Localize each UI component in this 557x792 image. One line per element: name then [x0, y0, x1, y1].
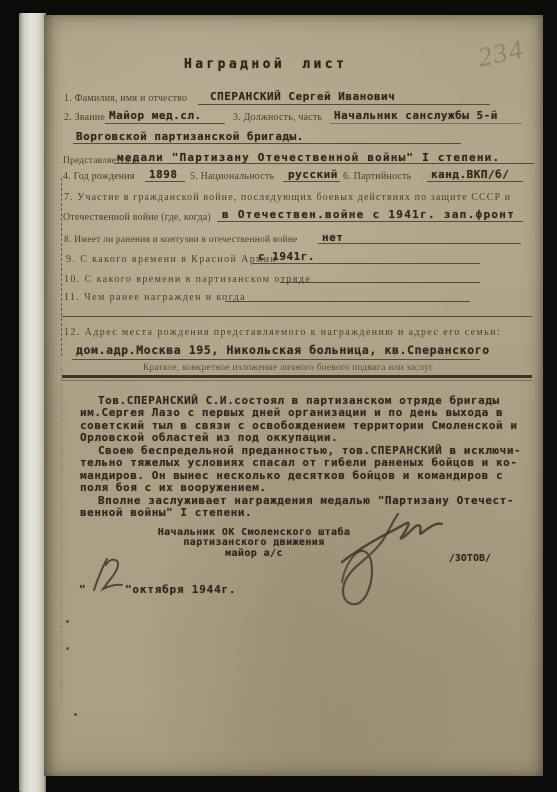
field-war-participation-label-2: Отечественной войне (где, когда)	[63, 212, 211, 223]
date-text: "октября 1944г.	[125, 583, 236, 596]
signature-autograph	[312, 500, 452, 612]
margin-line	[61, 178, 62, 356]
document-title: Наградной лист	[184, 57, 347, 72]
field-birthyear-value: 1898	[149, 168, 178, 181]
underline	[73, 143, 461, 144]
field-surname-label: 1. Фамилия, имя и отчество	[64, 93, 187, 104]
underline	[330, 123, 522, 124]
field-rank-value: Майор мед.сл.	[109, 109, 202, 122]
field-position-label: 3. Должность, часть	[233, 112, 322, 123]
signer-surname: /ЗОТОВ/	[449, 553, 491, 564]
handwritten-day	[88, 556, 126, 598]
underline	[318, 243, 521, 244]
field-address-value: дом.адр.Москва 195, Никольская больница,…	[76, 343, 490, 357]
field-prior-awards-label: 11. Чем ранее награжден и когда	[64, 292, 246, 303]
page-stack-edge	[19, 13, 46, 792]
scanned-award-sheet: 234 Наградной лист 1. Фамилия, имя и отч…	[0, 0, 557, 792]
underline	[252, 263, 480, 264]
underline	[217, 221, 523, 222]
field-nationality-value: русский	[288, 168, 338, 181]
citation-line: Орловской областей из под оккупации.	[80, 432, 538, 444]
field-position-value-1: Начальник санслужбы 5-й	[334, 109, 498, 122]
citation-caption: Краткое, конкретное изложение личного бо…	[143, 363, 433, 373]
field-army-since-label: 9. С какого времени в Красной Армии	[66, 254, 277, 265]
paper-speck	[66, 620, 69, 623]
heavy-divider-echo	[62, 380, 532, 381]
field-war-participation-label-1: 7. Участие в гражданской войне, последую…	[64, 192, 511, 203]
heavy-divider	[62, 375, 532, 378]
underline	[105, 123, 225, 124]
citation-line: тельно тяжелых условиях спасал от гибели…	[80, 457, 538, 469]
field-rank-label: 2. Звание	[64, 112, 105, 123]
underline	[225, 301, 470, 302]
underline	[145, 181, 185, 182]
field-surname-value: СПЕРАНСКИЙ Сергей Иванович	[210, 90, 395, 103]
underline	[283, 181, 340, 182]
paper-speck	[74, 713, 77, 716]
underline	[198, 104, 490, 105]
field-nationality-label: 5. Национальность	[190, 171, 274, 182]
field-partisan-since-label: 10. С какого времени в партизанском отря…	[64, 274, 311, 285]
field-position-value-2: Ворговской партизанской бригады.	[76, 130, 304, 143]
field-address-label: 12. Адрес места рождения представляемого…	[64, 327, 501, 338]
citation-line: поля боя с их вооружением.	[80, 482, 538, 494]
field-party-value: канд.ВКП/б/	[431, 168, 509, 181]
underline	[114, 163, 534, 164]
field-wounds-label: 8. Имеет ли ранения и контузии в отечест…	[64, 235, 297, 245]
citation-text: Тов.СПЕРАНСКИЙ С.И.состоял в партизанско…	[80, 395, 538, 520]
section-divider	[62, 316, 532, 317]
field-war-participation-value: в Отечествен.войне с 1941г. зап.фронт	[222, 208, 515, 221]
citation-line: венной войны" I степени.	[80, 507, 538, 519]
field-birthyear-label: 4. Год рождения	[63, 171, 135, 182]
field-army-since-value: с 1941г.	[258, 250, 315, 263]
underline	[72, 359, 480, 360]
margin-line	[61, 368, 62, 703]
underline	[427, 181, 523, 182]
field-party-label: 6. Партийность	[343, 171, 411, 182]
underline	[280, 282, 480, 283]
paper-speck	[66, 647, 69, 650]
date-open-quote: "	[79, 583, 86, 596]
